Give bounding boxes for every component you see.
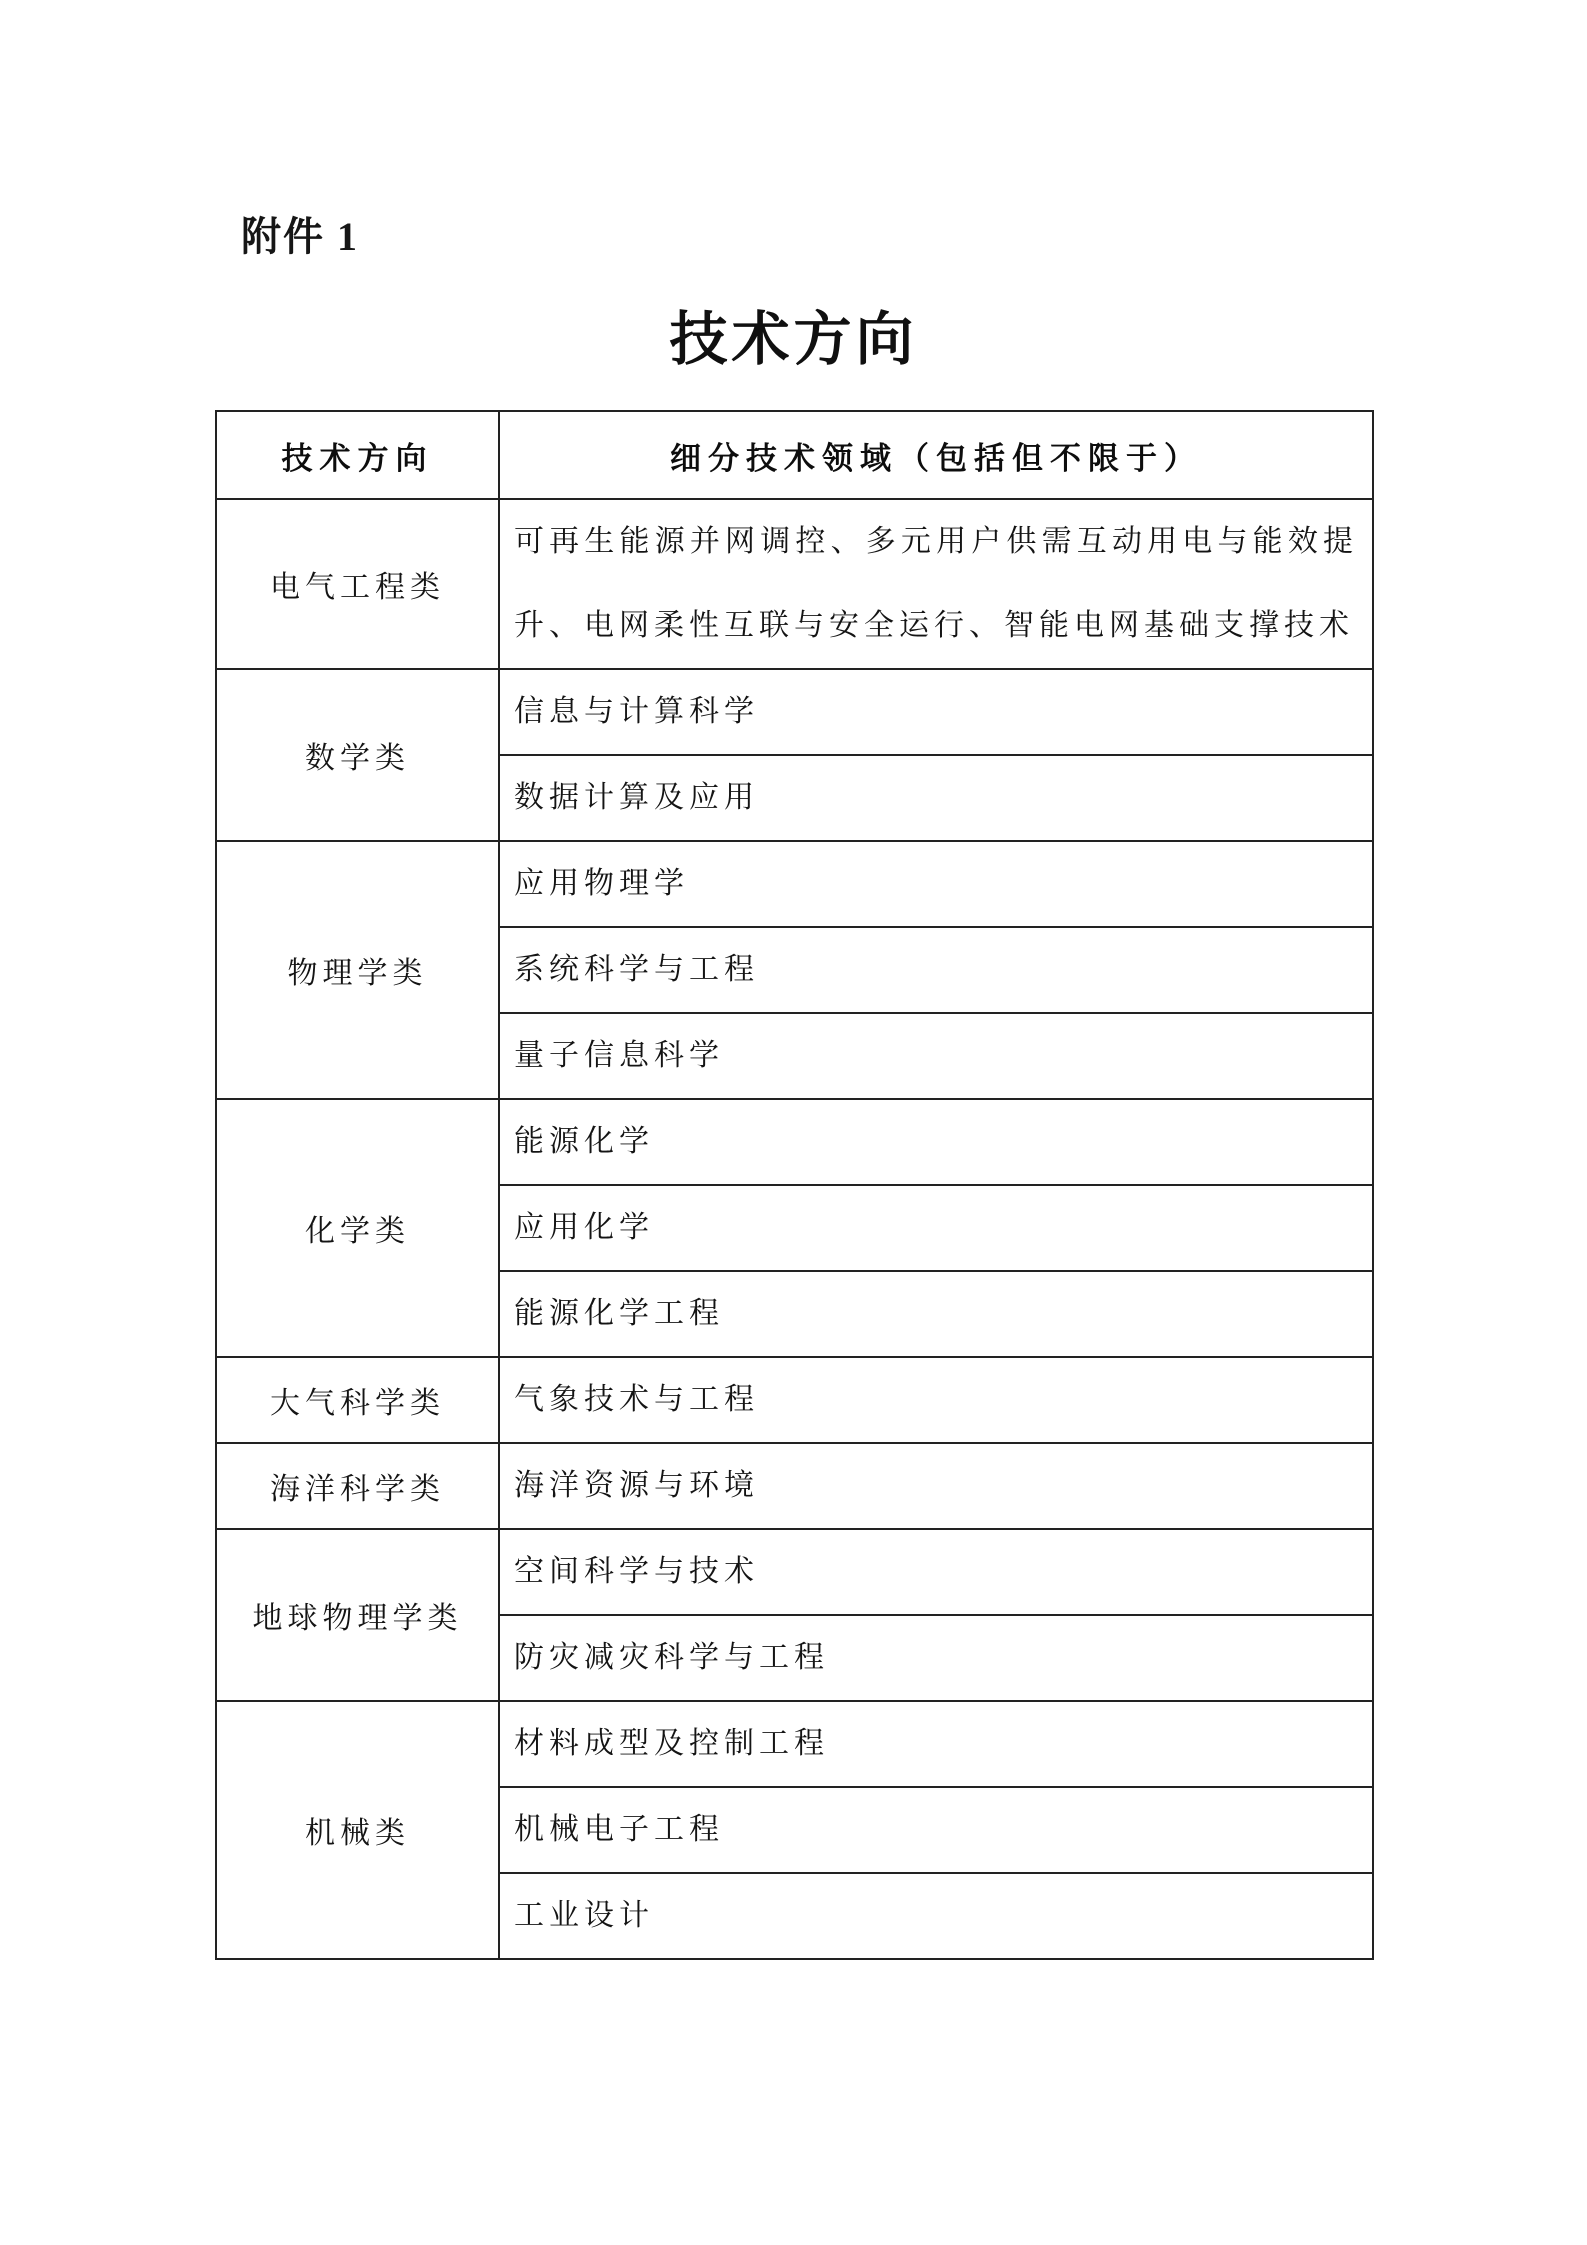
column-header-direction: 技术方向 xyxy=(216,411,499,499)
field-cell: 能源化学工程 xyxy=(499,1271,1373,1357)
field-cell: 可再生能源并网调控、多元用户供需互动用电与能效提升、电网柔性互联与安全运行、智能… xyxy=(499,499,1373,669)
field-cell: 工业设计 xyxy=(499,1873,1373,1959)
field-cell: 系统科学与工程 xyxy=(499,927,1373,1013)
table-row: 数学类信息与计算科学 xyxy=(216,669,1373,755)
category-cell: 电气工程类 xyxy=(216,499,499,669)
field-cell: 气象技术与工程 xyxy=(499,1357,1373,1443)
table-body: 电气工程类可再生能源并网调控、多元用户供需互动用电与能效提升、电网柔性互联与安全… xyxy=(216,499,1373,1959)
field-cell: 材料成型及控制工程 xyxy=(499,1701,1373,1787)
field-cell: 应用化学 xyxy=(499,1185,1373,1271)
field-cell: 空间科学与技术 xyxy=(499,1529,1373,1615)
table-row: 海洋科学类海洋资源与环境 xyxy=(216,1443,1373,1529)
table-row: 化学类能源化学 xyxy=(216,1099,1373,1185)
table-row: 大气科学类气象技术与工程 xyxy=(216,1357,1373,1443)
field-cell: 信息与计算科学 xyxy=(499,669,1373,755)
field-cell: 能源化学 xyxy=(499,1099,1373,1185)
header-row: 技术方向 细分技术领域（包括但不限于） xyxy=(216,411,1373,499)
attachment-label: 附件 1 xyxy=(241,205,1372,262)
table-header: 技术方向 细分技术领域（包括但不限于） xyxy=(216,411,1373,499)
category-cell: 数学类 xyxy=(216,669,499,841)
tech-directions-table: 技术方向 细分技术领域（包括但不限于） 电气工程类可再生能源并网调控、多元用户供… xyxy=(215,410,1374,1960)
table-row: 电气工程类可再生能源并网调控、多元用户供需互动用电与能效提升、电网柔性互联与安全… xyxy=(216,499,1373,669)
category-cell: 大气科学类 xyxy=(216,1357,499,1443)
column-header-subfields: 细分技术领域（包括但不限于） xyxy=(499,411,1373,499)
field-cell: 防灾减灾科学与工程 xyxy=(499,1615,1373,1701)
field-cell: 机械电子工程 xyxy=(499,1787,1373,1873)
field-cell: 量子信息科学 xyxy=(499,1013,1373,1099)
category-cell: 机械类 xyxy=(216,1701,499,1959)
category-cell: 地球物理学类 xyxy=(216,1529,499,1701)
category-cell: 海洋科学类 xyxy=(216,1443,499,1529)
field-cell: 海洋资源与环境 xyxy=(499,1443,1373,1529)
field-cell: 数据计算及应用 xyxy=(499,755,1373,841)
page-title: 技术方向 xyxy=(215,292,1372,376)
document-page: 附件 1 技术方向 技术方向 细分技术领域（包括但不限于） 电气工程类可再生能源… xyxy=(215,205,1372,1960)
table-row: 物理学类应用物理学 xyxy=(216,841,1373,927)
table-row: 机械类材料成型及控制工程 xyxy=(216,1701,1373,1787)
field-cell: 应用物理学 xyxy=(499,841,1373,927)
category-cell: 物理学类 xyxy=(216,841,499,1099)
table-row: 地球物理学类空间科学与技术 xyxy=(216,1529,1373,1615)
category-cell: 化学类 xyxy=(216,1099,499,1357)
